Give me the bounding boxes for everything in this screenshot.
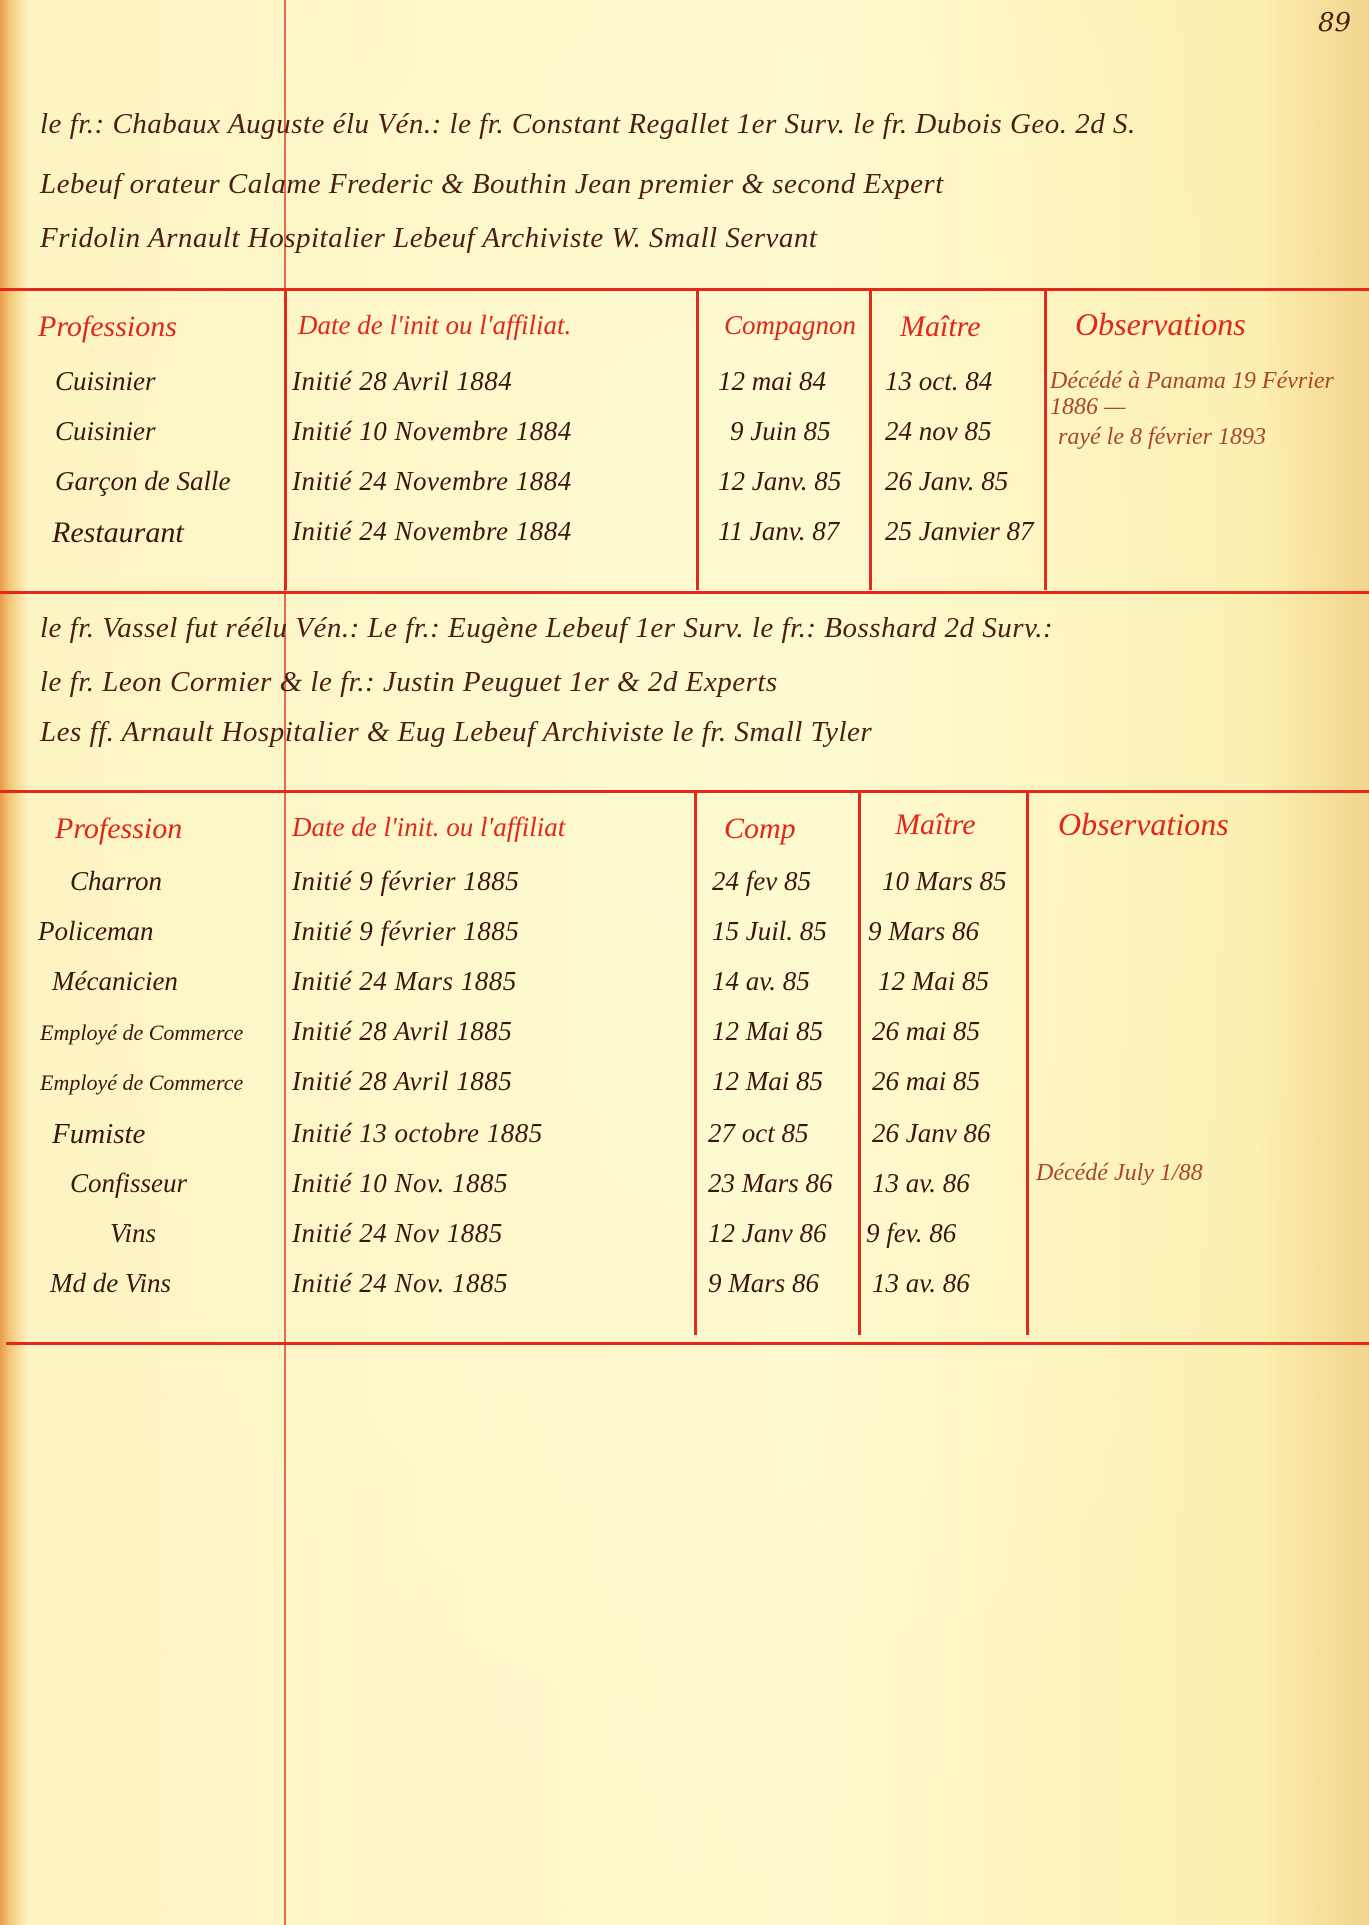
header-compagnon: Compagnon bbox=[724, 310, 856, 341]
header-maitre: Maître bbox=[900, 310, 981, 344]
cell-profession: Employé de Commerce bbox=[40, 1070, 243, 1096]
cell-profession: Fumiste bbox=[52, 1118, 145, 1151]
header-profession: Professions bbox=[38, 310, 177, 344]
table1-col-rule bbox=[1044, 288, 1047, 590]
table1-col-rule bbox=[869, 288, 872, 590]
cell-date: Initié 24 Novembre 1884 bbox=[292, 516, 572, 547]
table2-col-rule bbox=[1026, 790, 1029, 1335]
cell-date: Initié 24 Mars 1885 bbox=[292, 966, 517, 997]
cell-compagnon: 15 Juil. 85 bbox=[712, 916, 827, 947]
table2-bottom-rule bbox=[6, 1342, 1369, 1345]
cell-observations: rayé le 8 février 1893 bbox=[1058, 424, 1266, 451]
cell-maitre: 25 Janvier 87 bbox=[885, 516, 1033, 547]
header-observations: Observations bbox=[1058, 806, 1229, 843]
cell-compagnon: 12 Janv. 85 bbox=[718, 466, 841, 497]
minutes-line: Lebeuf orateur Calame Frederic & Bouthin… bbox=[40, 168, 944, 201]
cell-maitre: 24 nov 85 bbox=[885, 416, 991, 447]
cell-profession: Mécanicien bbox=[52, 966, 178, 997]
cell-maitre: 13 oct. 84 bbox=[885, 366, 992, 397]
cell-profession: Md de Vins bbox=[50, 1268, 171, 1299]
cell-compagnon: 11 Janv. 87 bbox=[718, 516, 839, 547]
table2-col-rule bbox=[858, 790, 861, 1335]
table1-top-rule bbox=[0, 288, 1369, 291]
cell-date: Initié 28 Avril 1884 bbox=[292, 366, 512, 397]
cell-profession: Garçon de Salle bbox=[55, 466, 230, 497]
table1-col-rule bbox=[696, 288, 699, 590]
cell-profession: Cuisinier bbox=[55, 416, 156, 447]
header-observations: Observations bbox=[1075, 306, 1246, 343]
page-number: 89 bbox=[1318, 8, 1351, 38]
header-compagnon: Comp bbox=[724, 812, 796, 846]
cell-maitre: 12 Mai 85 bbox=[878, 966, 989, 997]
minutes-line: le fr. Leon Cormier & le fr.: Justin Peu… bbox=[40, 666, 778, 699]
cell-maitre: 9 Mars 86 bbox=[868, 916, 979, 947]
cell-maitre: 26 Janv 86 bbox=[872, 1118, 990, 1149]
cell-maitre: 13 av. 86 bbox=[872, 1168, 970, 1199]
cell-date: Initié 13 octobre 1885 bbox=[292, 1118, 543, 1149]
minutes-line: Fridolin Arnault Hospitalier Lebeuf Arch… bbox=[40, 222, 817, 255]
cell-profession: Policeman bbox=[38, 916, 153, 947]
cell-date: Initié 24 Nov 1885 bbox=[292, 1218, 503, 1249]
cell-compagnon: 27 oct 85 bbox=[708, 1118, 809, 1149]
cell-maitre: 26 mai 85 bbox=[872, 1016, 980, 1047]
table1-bottom-rule bbox=[0, 591, 1369, 594]
cell-compagnon: 12 mai 84 bbox=[718, 366, 826, 397]
cell-compagnon: 14 av. 85 bbox=[712, 966, 810, 997]
cell-profession: Restaurant bbox=[52, 516, 184, 550]
cell-date: Initié 28 Avril 1885 bbox=[292, 1016, 512, 1047]
table1-col-rule bbox=[284, 288, 287, 590]
table2-col-rule bbox=[694, 790, 697, 1335]
cell-compagnon: 9 Juin 85 bbox=[730, 416, 831, 447]
header-date: Date de l'init. ou l'affiliat bbox=[292, 812, 565, 843]
cell-maitre: 13 av. 86 bbox=[872, 1268, 970, 1299]
cell-date: Initié 24 Nov. 1885 bbox=[292, 1268, 508, 1299]
cell-compagnon: 12 Mai 85 bbox=[712, 1016, 823, 1047]
cell-date: Initié 9 février 1885 bbox=[292, 866, 519, 897]
cell-date: Initié 9 février 1885 bbox=[292, 916, 519, 947]
cell-profession: Employé de Commerce bbox=[40, 1020, 243, 1046]
header-maitre: Maître bbox=[895, 808, 976, 842]
cell-profession: Vins bbox=[110, 1218, 156, 1249]
cell-profession: Charron bbox=[70, 866, 162, 897]
cell-observations: Décédé à Panama 19 Février 1886 — bbox=[1050, 368, 1360, 420]
cell-date: Initié 10 Nov. 1885 bbox=[292, 1168, 508, 1199]
cell-observations: Décédé July 1/88 bbox=[1036, 1160, 1203, 1187]
cell-profession: Confisseur bbox=[70, 1168, 187, 1199]
cell-compagnon: 12 Mai 85 bbox=[712, 1066, 823, 1097]
cell-date: Initié 10 Novembre 1884 bbox=[292, 416, 572, 447]
cell-compagnon: 9 Mars 86 bbox=[708, 1268, 819, 1299]
cell-maitre: 26 Janv. 85 bbox=[885, 466, 1008, 497]
cell-compagnon: 24 fev 85 bbox=[712, 866, 811, 897]
cell-maitre: 10 Mars 85 bbox=[882, 866, 1007, 897]
header-date: Date de l'init ou l'affiliat. bbox=[298, 310, 571, 341]
cell-compagnon: 23 Mars 86 bbox=[708, 1168, 833, 1199]
cell-profession: Cuisinier bbox=[55, 366, 156, 397]
cell-compagnon: 12 Janv 86 bbox=[708, 1218, 826, 1249]
cell-maitre: 26 mai 85 bbox=[872, 1066, 980, 1097]
minutes-line: Les ff. Arnault Hospitalier & Eug Lebeuf… bbox=[40, 716, 872, 749]
table2-top-rule bbox=[0, 790, 1369, 793]
header-profession: Profession bbox=[55, 812, 182, 846]
cell-date: Initié 28 Avril 1885 bbox=[292, 1066, 512, 1097]
cell-maitre: 9 fev. 86 bbox=[866, 1218, 956, 1249]
minutes-line: le fr.: Chabaux Auguste élu Vén.: le fr.… bbox=[40, 108, 1136, 141]
minutes-line: le fr. Vassel fut réélu Vén.: Le fr.: Eu… bbox=[40, 612, 1053, 645]
cell-date: Initié 24 Novembre 1884 bbox=[292, 466, 572, 497]
